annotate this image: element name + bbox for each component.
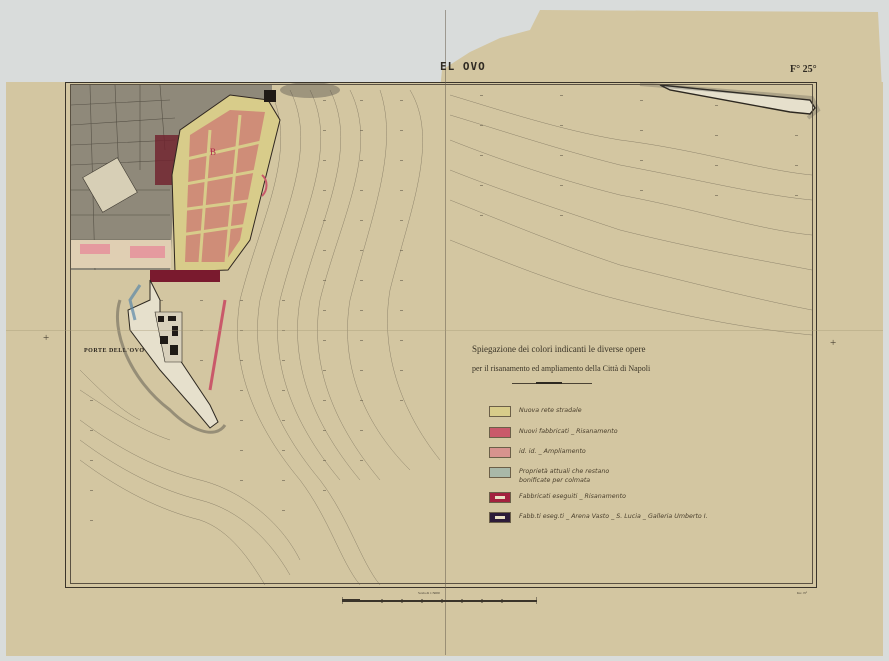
legend: Spiegazione dei colori indicanti le dive… [472,344,722,384]
swatch-executed-buildings [489,492,511,503]
registration-cross-right-icon: + [830,338,836,349]
legend-divider [512,383,592,384]
legend-label: Nuova rete stradale [519,406,582,415]
swatch-reclaimed-properties [489,467,511,478]
place-label-porte-dell-ovo: PORTE DELL'OVO [84,348,145,354]
legend-item: Proprietà attuali che restano bonificate… [489,467,729,483]
swatch-executed-buildings-arena-vasto [489,512,511,523]
map-title-prefix: EL [440,60,455,73]
map-title: EL OVO [440,60,486,73]
legend-item: id. id. _ Ampliamento [489,447,729,463]
legend-item: Nuova rete stradale [489,406,729,422]
fold-line-vertical [445,10,446,655]
legend-item: Nuovi fabbricati _ Risanamento [489,427,729,443]
legend-label: Proprietà attuali che restano bonificate… [519,467,629,485]
legend-title-line1: Spiegazione dei colori indicanti le dive… [472,344,722,354]
legend-label: Fabbricati eseguiti _ Risanamento [519,492,626,501]
legend-label: id. id. _ Ampliamento [519,447,586,456]
legend-title-line2: per il risanamento ed ampliamento della … [472,364,722,373]
legend-item: Fabbricati eseguiti _ Risanamento [489,492,729,508]
sheet-number: F° 25° [790,64,817,75]
swatch-new-buildings-ampliamento [489,447,511,458]
fold-line-horizontal [6,330,883,331]
registration-cross-left-icon: + [43,333,49,344]
map-border-inner [70,84,813,584]
scale-caption: Scala di 1:5000 [418,591,440,595]
legend-label: Fabb.ti eseg.ti _ Arena Vasto _ S. Lucia… [519,512,708,521]
engraver-note: Inc. N° [797,591,807,595]
swatch-new-buildings-risanamento [489,427,511,438]
scale-bar [342,597,537,603]
map-title-fragment: OVO [463,60,486,73]
legend-label: Nuovi fabbricati _ Risanamento [519,427,618,436]
swatch-new-roads [489,406,511,417]
legend-item: Fabb.ti eseg.ti _ Arena Vasto _ S. Lucia… [489,512,729,528]
